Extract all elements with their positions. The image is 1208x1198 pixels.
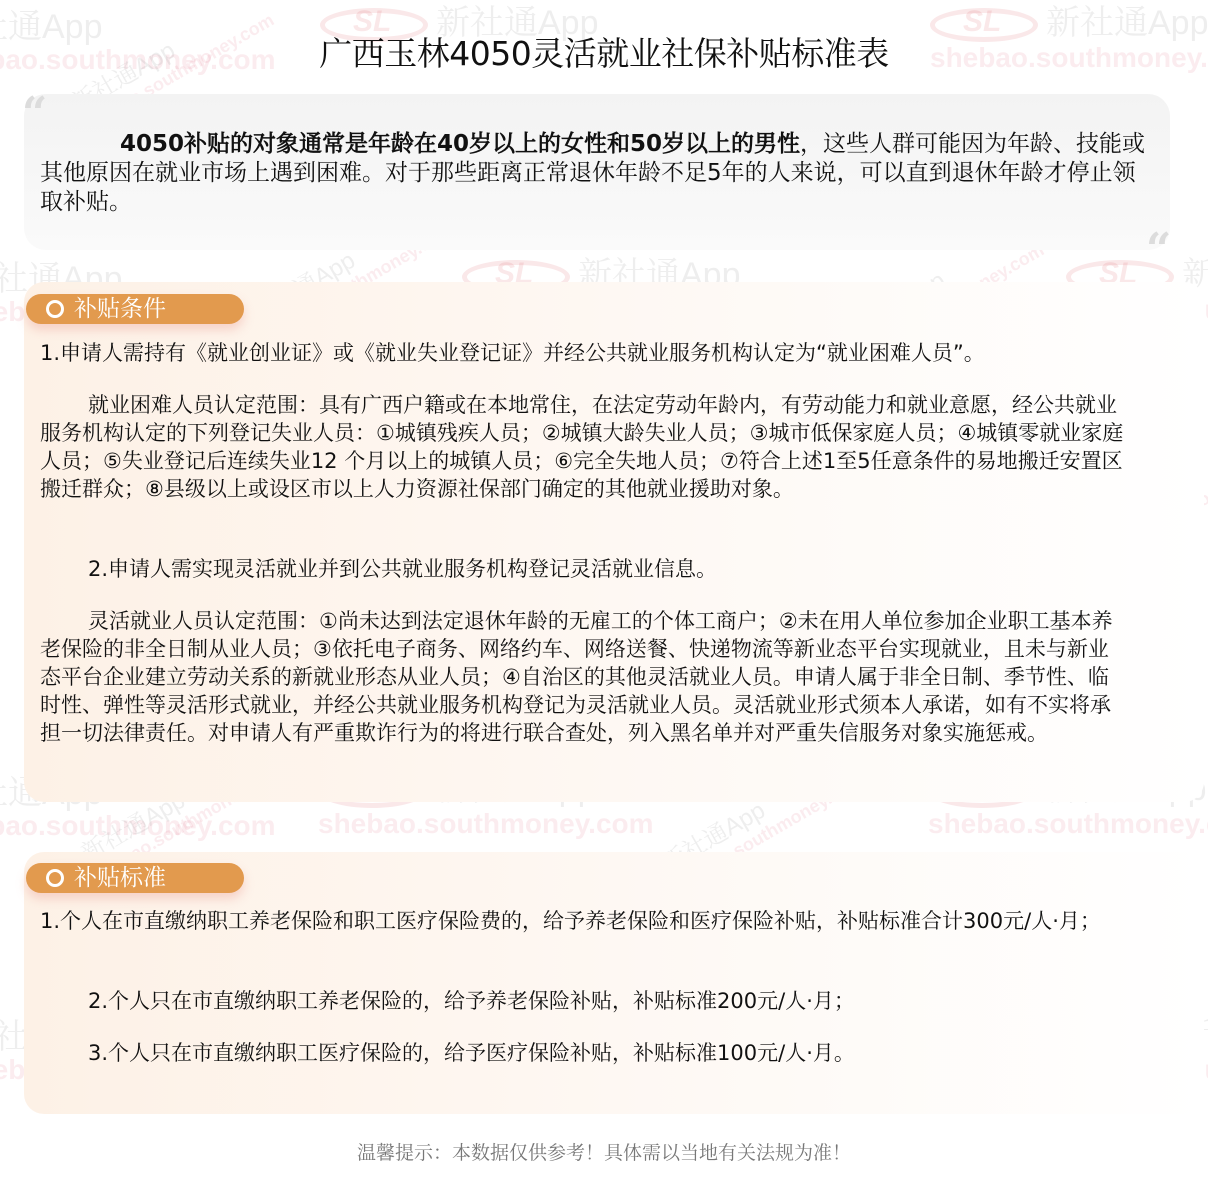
intro-highlight: 4050补贴的对象通常是年龄在40岁以上的女性和50岁以上的男性 <box>120 131 800 157</box>
ring-icon <box>46 869 64 887</box>
page-title: 广西玉林4050灵活就业社保补贴标准表 <box>0 28 1208 75</box>
intro-paragraph: 4050补贴的对象通常是年龄在40岁以上的女性和50岁以上的男性，这些人群可能因… <box>40 130 1150 217</box>
section-label-conditions: 补贴条件 <box>26 294 244 324</box>
quote-close-icon: “ <box>1146 228 1171 272</box>
ring-icon <box>46 300 64 318</box>
standard-paragraph: 3.个人只在市直缴纳职工医疗保险的，给予医疗保险补贴，补贴标准100元/人·月。 <box>40 1039 1125 1067</box>
condition-paragraph: 1.申请人需持有《就业创业证》或《就业失业登记证》并经公共就业服务机构认定为“就… <box>40 339 1125 367</box>
condition-paragraph: 就业困难人员认定范围：具有广西户籍或在本地常住，在法定劳动年龄内，有劳动能力和就… <box>40 391 1125 503</box>
condition-paragraph: 灵活就业人员认定范围：①尚未达到法定退休年龄的无雇工的个体工商户；②未在用人单位… <box>40 607 1125 747</box>
section-label-standards: 补贴标准 <box>26 863 244 893</box>
standard-paragraph: 2.个人只在市直缴纳职工养老保险的，给予养老保险补贴，补贴标准200元/人·月； <box>40 987 1125 1015</box>
standard-paragraph: 1.个人在市直缴纳职工养老保险和职工医疗保险费的，给予养老保险和医疗保险补贴，补… <box>40 907 1125 935</box>
condition-paragraph: 2.申请人需实现灵活就业并到公共就业服务机构登记灵活就业信息。 <box>40 555 1125 583</box>
footer-disclaimer: 温馨提示：本数据仅供参考！具体需以当地有关法规为准！ <box>0 1138 1208 1165</box>
